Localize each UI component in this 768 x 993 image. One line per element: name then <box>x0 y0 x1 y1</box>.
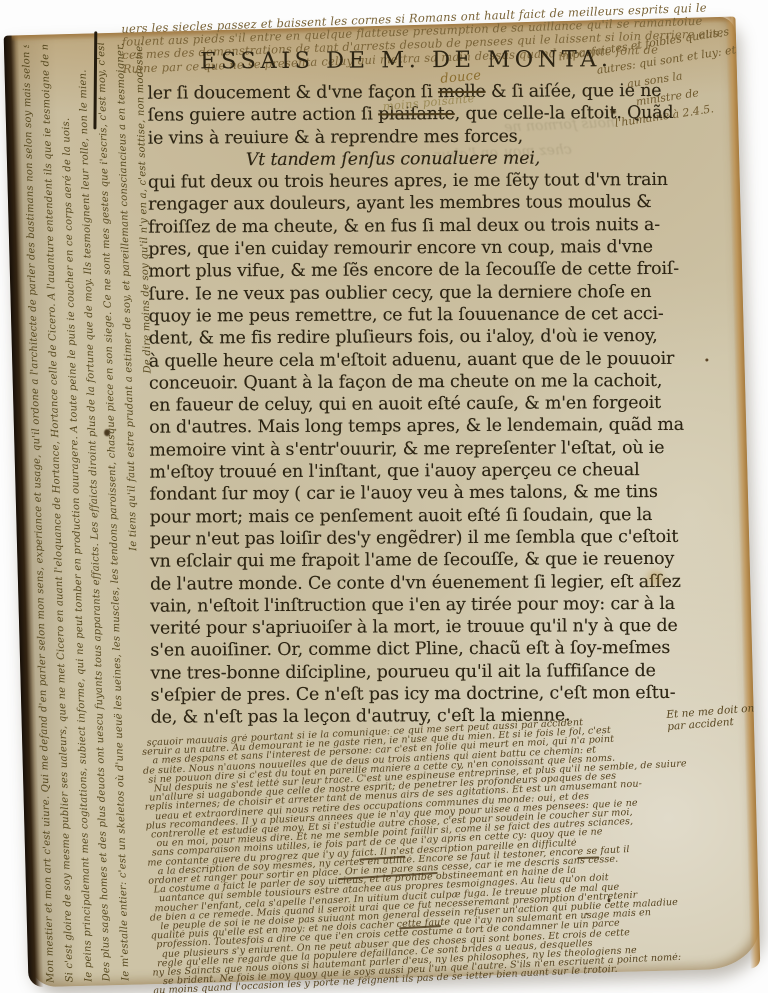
printed-line: ſure. Ie ne veux pas oublier cecy, que l… <box>148 281 666 306</box>
printed-line: à quelle heure cela m'eſtoit aduenu, aua… <box>149 347 667 372</box>
printed-line: de l'autre monde. Ce conte d'vn éuenemen… <box>150 570 668 595</box>
printed-line: verité pour s'apriuoiſer à la mort, ie t… <box>150 615 668 640</box>
page-header: ESSAIS DE M. DE MONTA. <box>147 46 665 75</box>
printed-line: conceuoir. Quant à la façon de ma cheute… <box>149 370 667 395</box>
printed-line: on d'autres. Mais long temps apres, & le… <box>149 414 667 439</box>
printed-line: fondant ſur moy ( car ie l'auoy veu à me… <box>150 481 668 506</box>
printed-line: rengager aux douleurs, ayant les membres… <box>148 191 666 216</box>
printed-line: ie vins à reuiure & à reprendre mes forc… <box>148 125 666 150</box>
printed-line: memoire vint à s'entr'ouurir, & me repre… <box>149 437 667 462</box>
printed-lines: ler ſi doucement & d'vne façon ſi molled… <box>147 80 668 729</box>
printed-line: vain, n'eſtoit l'inſtruction que i'en ay… <box>150 593 668 618</box>
printed-line: pres, que i'en cuiday remourir encore vn… <box>148 236 666 261</box>
printed-line: s'en auoiſiner. Or, comme dict Pline, ch… <box>150 637 668 662</box>
printed-line: mort plus vifue, & me ſẽs encore de la ſ… <box>148 258 666 283</box>
printed-line: en faueur de celuy, qui en auoit eſté ca… <box>149 392 667 417</box>
printed-line: ſens guiere autre action ſi plaiſantemoi… <box>148 102 666 127</box>
stain-spot <box>586 913 588 915</box>
printed-line: quoy ie me peus remettre, ce fut la ſouu… <box>149 303 667 328</box>
printed-line: dent, & me fis redire pluſieurs fois, ou… <box>149 325 667 350</box>
printed-line: vn eſclair qui me frapoit l'ame de ſecou… <box>150 548 668 573</box>
latin-quote: Vt tandem ſenſus conualuere mei, <box>246 148 540 170</box>
printed-line: m'eſtoy trouué en l'inſtant, que i'auoy … <box>149 459 667 484</box>
photograph-background: Mon mestier et mon art c'est uiure. Qui … <box>0 0 768 993</box>
printed-line: vne tres-bonne diſcipline, pourueu qu'il… <box>150 660 668 685</box>
printed-line: s'eſpier de pres. Ce n'eſt pas icy ma do… <box>151 682 669 707</box>
printed-text-block: ESSAIS DE M. DE MONTA. ler ſi doucement … <box>147 46 669 729</box>
stain-spot <box>705 358 708 361</box>
printed-line: froiſſez de ma cheute, & en fus ſi mal d… <box>148 214 666 239</box>
printed-line: qui fut deux ou trois heures apres, ie m… <box>148 169 666 194</box>
printed-line: Vt tandem ſenſus conualuere mei, <box>148 147 666 172</box>
printed-line: peur n'eut pas loiſir des'y engẽdrer) il… <box>150 526 668 551</box>
stain-spot <box>607 898 610 902</box>
book-page: Mon mestier et mon art c'est uiure. Qui … <box>4 17 761 988</box>
printed-line: pour mort; mais ce penſement auoit eſté … <box>150 504 668 529</box>
bottom-handwritten-addition: sçauoir mauuais gré pourtant si ie la co… <box>141 710 768 993</box>
